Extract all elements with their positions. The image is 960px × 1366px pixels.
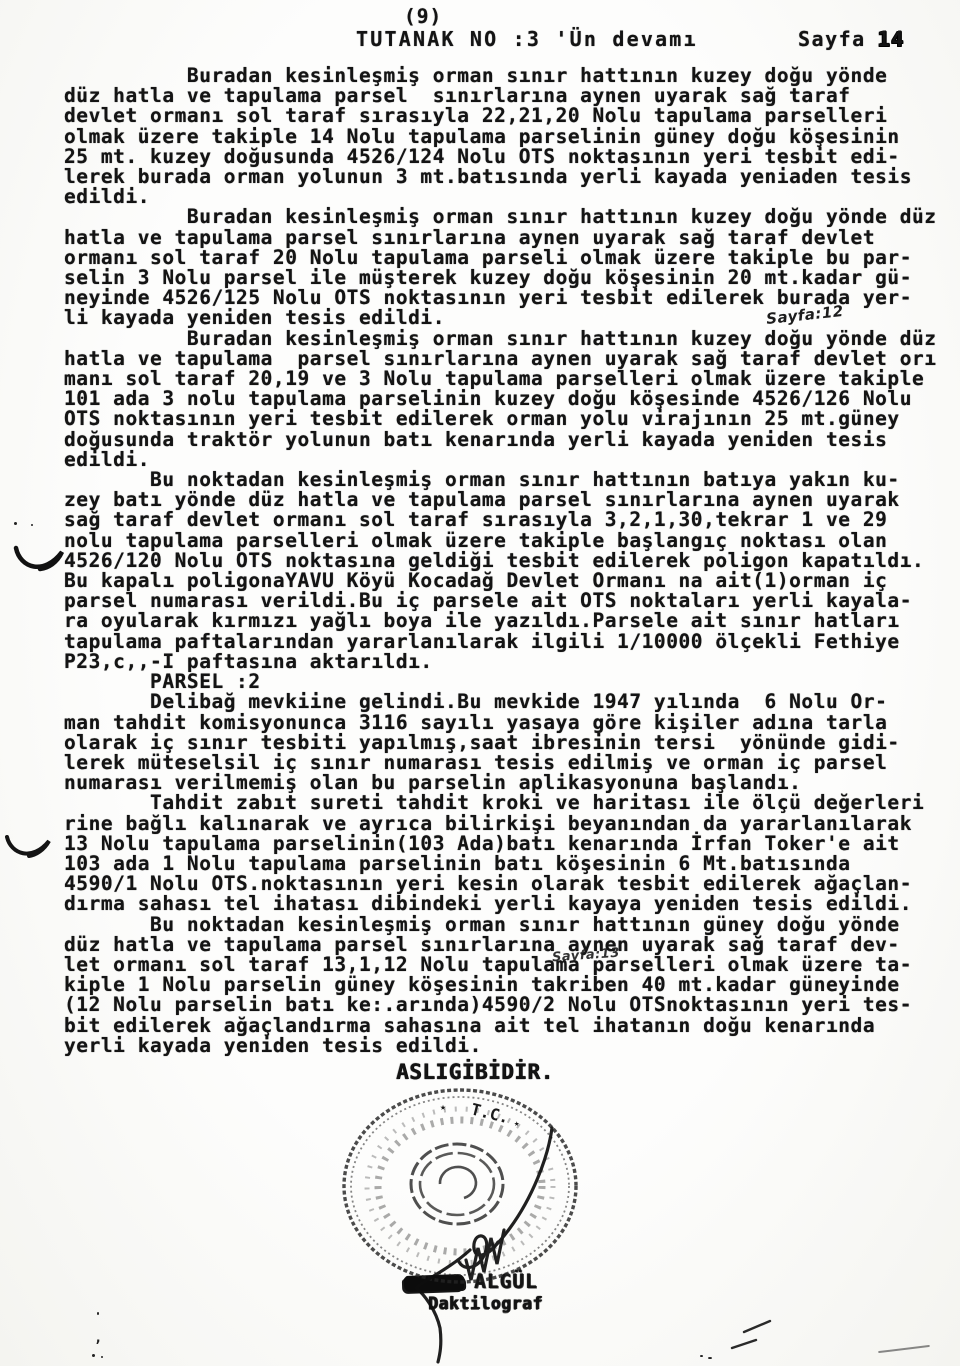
document-line: man tahdit komisyonunca 3116 sayılı yasa… (64, 713, 954, 733)
document-line: tapulama paftalarından yararlanılarak il… (64, 632, 954, 652)
document-line: edildi. (64, 187, 954, 207)
document-line: düz hatla ve tapulama parsel sınırlarına… (64, 935, 954, 955)
ink-speck (700, 1355, 703, 1357)
document-line: sağ taraf devlet ormanı sol taraf sırası… (64, 510, 954, 530)
document-line: parsel numarası verildi.Bu iç parsele ai… (64, 591, 954, 611)
margin-checkmark-icon (4, 828, 56, 870)
ink-speck (14, 522, 17, 525)
document-line: PARSEL :2 (64, 672, 954, 692)
document-line: kiple 1 Nolu parselin güney köşesinin ta… (64, 975, 954, 995)
stamp-tc-text: T.C. (469, 1099, 511, 1127)
document-line: 4590/1 Nolu OTS.noktasının yeri kesin ol… (64, 874, 954, 894)
document-line: düz hatla ve tapulama parsel sınırlarına… (64, 86, 954, 106)
ink-speck (708, 1357, 712, 1359)
document-line: 13 Nolu tapulama parselinin(103 Ada)batı… (64, 834, 954, 854)
page-label-row: Sayfa14 (798, 27, 905, 51)
document-line: bit edilerek ağaçlandırma sahasına ait t… (64, 1016, 954, 1036)
official-stamp: T.C. ★ ★ (328, 1080, 638, 1366)
document-line: let ormanı sol taraf 13,1,12 Nolu tapula… (64, 955, 954, 975)
margin-checkmark-icon (12, 538, 70, 584)
document-line: manı sol taraf 20,19 ve 3 Nolu tapulama … (64, 369, 954, 389)
scanned-document-page: (9) TUTANAK NO :3 'Ün devamı Sayfa14 Bur… (0, 0, 960, 1366)
document-line: Buradan kesinleşmiş orman sınır hattının… (64, 329, 954, 349)
document-line: ormanı sol taraf 20 Nolu tapulama parsel… (64, 248, 954, 268)
pen-dash (878, 1345, 930, 1353)
ink-speck (97, 1312, 99, 1315)
document-line: Delibağ mevkiine gelindi.Bu mevkide 1947… (64, 692, 954, 712)
page-number-overtyped: 14 (878, 27, 905, 51)
document-line: hatla ve tapulama parsel sınırlarına ayn… (64, 349, 954, 369)
ink-speck (31, 524, 33, 526)
document-line: P23,c,,-I paftasına aktarıldı. (64, 652, 954, 672)
stamp-rings (344, 1090, 576, 1282)
document-line: Bu kapalı poligonaYAVU Köyü Kocadağ Devl… (64, 571, 954, 591)
document-line: rine bağlı kalınarak ve ayrıca bilirkişi… (64, 814, 954, 834)
page-label: Sayfa (798, 27, 866, 51)
document-line: Bu noktadan kesinleşmiş orman sınır hatt… (64, 915, 954, 935)
document-line: Buradan kesinleşmiş orman sınır hattının… (64, 207, 954, 227)
document-line: Bu noktadan kesinleşmiş orman sınır hatt… (64, 470, 954, 490)
document-line: devlet ormanı sol taraf sırasıyla 22,21,… (64, 106, 954, 126)
document-line: olarak iç sınır tesbiti yapılmış,saat ib… (64, 733, 954, 753)
document-line: 25 mt. kuzey doğusunda 4526/124 Nolu OTS… (64, 147, 954, 167)
document-line: hatla ve tapulama parsel sınırlarına ayn… (64, 228, 954, 248)
document-line: 4526/120 Nolu OTS noktasına geldiği tesb… (64, 551, 954, 571)
document-line: doğusunda traktör yolunun batı kenarında… (64, 430, 954, 450)
document-line: yerli kayada yeniden tesis edildi. (64, 1036, 954, 1056)
document-line: lerek müteselsil iç sınır numarası tesis… (64, 753, 954, 773)
document-line: selin 3 Nolu parsel ile müşterek kuzey d… (64, 268, 954, 288)
document-line: (12 Nolu parselin batı ke:.arında)4590/2… (64, 995, 954, 1015)
document-line: 101 ada 3 nolu tapulama parselinin kuzey… (64, 389, 954, 409)
document-line: Tahdit zabıt sureti tahdit kroki ve hari… (64, 793, 954, 813)
document-line: ra oyularak kırmızı yağlı boya ile yazıl… (64, 611, 954, 631)
document-body: Buradan kesinleşmiş orman sınır hattının… (64, 66, 954, 1056)
pen-dash-marks (730, 1316, 774, 1352)
stamp-star-right-icon: ★ (514, 1119, 520, 1129)
ink-speck: , (94, 1330, 102, 1346)
ink-speck (92, 1354, 95, 1357)
document-line: olmak üzere takiple 14 Nolu tapulama par… (64, 127, 954, 147)
document-line: dırma sahası tel ihatası dibindeki yerli… (64, 894, 954, 914)
ink-speck (101, 1356, 103, 1358)
document-title: TUTANAK NO :3 'Ün devamı (356, 27, 698, 51)
stamp-star-left-icon: ★ (440, 1102, 446, 1113)
document-line: 103 ada 1 Nolu tapulama parselinin batı … (64, 854, 954, 874)
document-line: lerek burada orman yolunun 3 mt.batısınd… (64, 167, 954, 187)
document-line: nolu tapulama parselleri olmak üzere tak… (64, 531, 954, 551)
document-line: zey batı yönde düz hatla ve tapulama par… (64, 490, 954, 510)
page-number-paren: (9) (404, 5, 442, 28)
document-line: numarası verilmemiş olan bu parselin apl… (64, 773, 954, 793)
document-line: edildi. (64, 450, 954, 470)
document-line: Buradan kesinleşmiş orman sınır hattının… (64, 66, 954, 86)
document-line: OTS noktasının yeri tesbit edilerek orma… (64, 409, 954, 429)
